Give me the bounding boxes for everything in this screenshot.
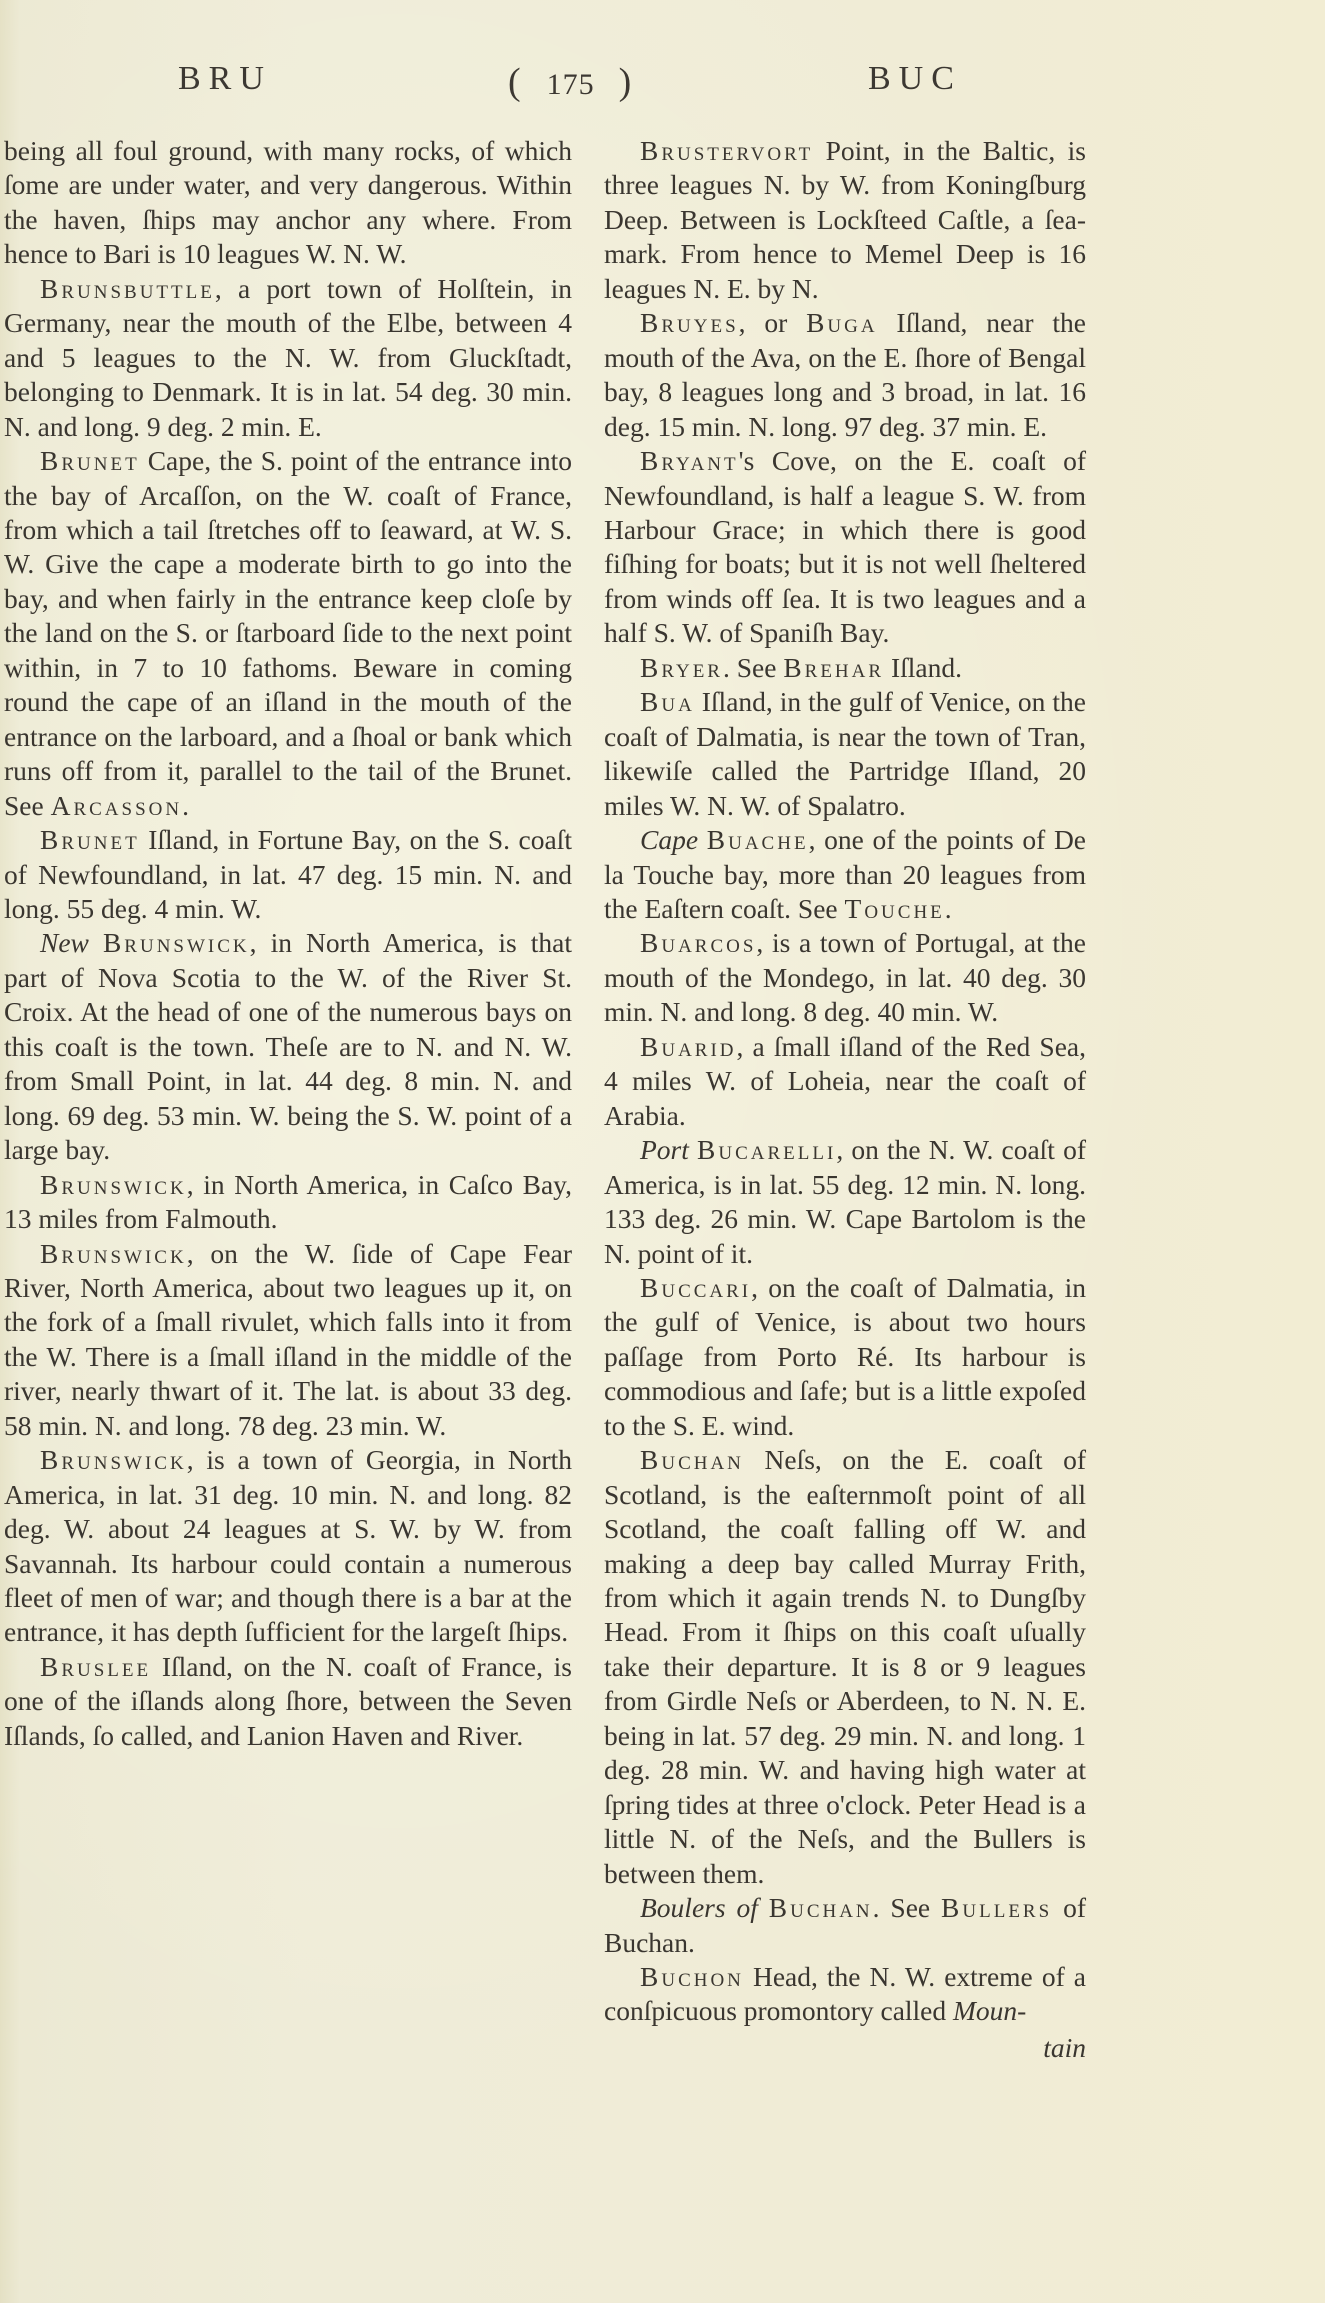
entry-buchan-ness: Buchan Neſs, on the E. coaſt of Scotland… <box>604 1443 1086 1891</box>
headword: Brunswick <box>40 1238 187 1269</box>
entry-text: being all foul ground, with many rocks, … <box>4 135 572 269</box>
entry-brunsbuttle: Brunsbuttle, a port town of Holſtein, in… <box>4 272 572 444</box>
headword: Brunet <box>40 445 140 476</box>
entry-bruyes: Bruyes, or Buga Iſland, near the mouth o… <box>604 306 1086 444</box>
headword: Bua <box>640 686 695 717</box>
entry-boulers-of-buchan: Boulers of Buchan. See Bullers of Buchan… <box>604 1891 1086 1960</box>
entry-text: , or <box>739 307 806 338</box>
headword-prefix: Boulers of <box>640 1892 758 1923</box>
cross-reference: Bullers <box>941 1892 1052 1923</box>
entry-buarid: Buarid, a ſmall iſland of the Red Sea, 4… <box>604 1030 1086 1133</box>
entry-brustervort: Brustervort Point, in the Baltic, is thr… <box>604 134 1086 306</box>
entry-text: Neſs, on the E. coaſt of Scotland, is th… <box>604 1444 1086 1888</box>
headword: Bruslee <box>40 1651 151 1682</box>
headword: Buache <box>707 824 809 855</box>
entry-buarcos: Buarcos, is a town of Portugal, at the m… <box>604 926 1086 1029</box>
right-column: Brustervort Point, in the Baltic, is thr… <box>604 134 1086 2065</box>
headword: Bryant <box>640 445 739 476</box>
headword: Brustervort <box>640 135 813 166</box>
entry-port-bucarelli: Port Bucarelli, on the N. W. coaſt of Am… <box>604 1133 1086 1271</box>
running-head-left: BRU <box>178 60 272 98</box>
entry-text-tail: . <box>945 893 952 924</box>
headword: Buchan <box>769 1892 873 1923</box>
entry-text-italic: Moun- <box>953 1995 1026 2026</box>
entry-text: . See <box>873 1892 941 1923</box>
page-number-block: (175) <box>508 60 633 104</box>
entry-cape-buache: Cape Buache, one of the points of De la … <box>604 823 1086 926</box>
cross-reference: Touche <box>845 893 945 924</box>
entry-text-tail: Iſland. <box>884 652 962 683</box>
headword-prefix: Cape <box>640 824 698 855</box>
headword: Brunsbuttle <box>40 273 215 304</box>
entry-brunet-island: Brunet Iſland, in Fortune Bay, on the S.… <box>4 823 572 926</box>
paren-open: ( <box>508 61 523 103</box>
entry-text: Cape, the S. point of the entrance into … <box>4 445 572 821</box>
paren-close: ) <box>619 61 634 103</box>
headword: Buarcos <box>640 927 756 958</box>
entry-brunswick-georgia: Brunswick, is a town of Georgia, in Nort… <box>4 1443 572 1650</box>
entry-brunet-cape: Brunet Cape, the S. point of the entranc… <box>4 444 572 823</box>
headword: Brunet <box>40 824 140 855</box>
headword-prefix: Port <box>640 1134 689 1165</box>
entry-brunswick-casco: Brunswick, in North America, in Caſco Ba… <box>4 1168 572 1237</box>
headword: Buccari <box>640 1272 751 1303</box>
headword: Buchan <box>640 1444 744 1475</box>
entry-bryer: Bryer. See Brehar Iſland. <box>604 651 1086 685</box>
headword-prefix: New <box>40 927 89 958</box>
entry-text: . See <box>723 652 783 683</box>
entry-bua: Bua Iſland, in the gulf of Venice, on th… <box>604 685 1086 823</box>
entry-continuation: being all foul ground, with many rocks, … <box>4 134 572 272</box>
book-page: BRU (175) BUC being all foul ground, wit… <box>0 0 1325 2303</box>
headword: Brunswick <box>40 1169 187 1200</box>
entry-new-brunswick: New Brunswick, in North America, is that… <box>4 926 572 1167</box>
entry-text-tail: . <box>182 790 189 821</box>
headword: Buarid <box>640 1031 737 1062</box>
entry-buccari: Buccari, on the coaſt of Dalmatia, in th… <box>604 1271 1086 1443</box>
cross-reference: Arcasson <box>51 790 183 821</box>
left-column: being all foul ground, with many rocks, … <box>4 134 572 1753</box>
headword: Bryer <box>640 652 723 683</box>
headword: Brunswick <box>40 1444 187 1475</box>
cross-reference: Brehar <box>783 652 884 683</box>
entry-buchon-head: Buchon Head, the N. W. extreme of a conſ… <box>604 1960 1086 2029</box>
entry-bryants-cove: Bryant's Cove, on the E. coaſt of Newfou… <box>604 444 1086 651</box>
headword: Buchon <box>640 1961 744 1992</box>
entry-text: , in North America, is that part of Nova… <box>4 927 572 1165</box>
headword: Bruyes <box>640 307 739 338</box>
entry-bruslee: Bruslee Iſland, on the N. coaſt of Franc… <box>4 1650 572 1753</box>
headword: Brunswick <box>103 927 250 958</box>
headword: Bucarelli <box>697 1134 836 1165</box>
running-head: BRU (175) BUC <box>0 60 1325 110</box>
page-number: 175 <box>547 68 595 101</box>
running-head-right: BUC <box>868 60 962 98</box>
entry-brunswick-cape-fear: Brunswick, on the W. ſide of Cape Fear R… <box>4 1237 572 1444</box>
headword-alt: Buga <box>806 307 878 338</box>
catchword: tain <box>604 2031 1086 2065</box>
